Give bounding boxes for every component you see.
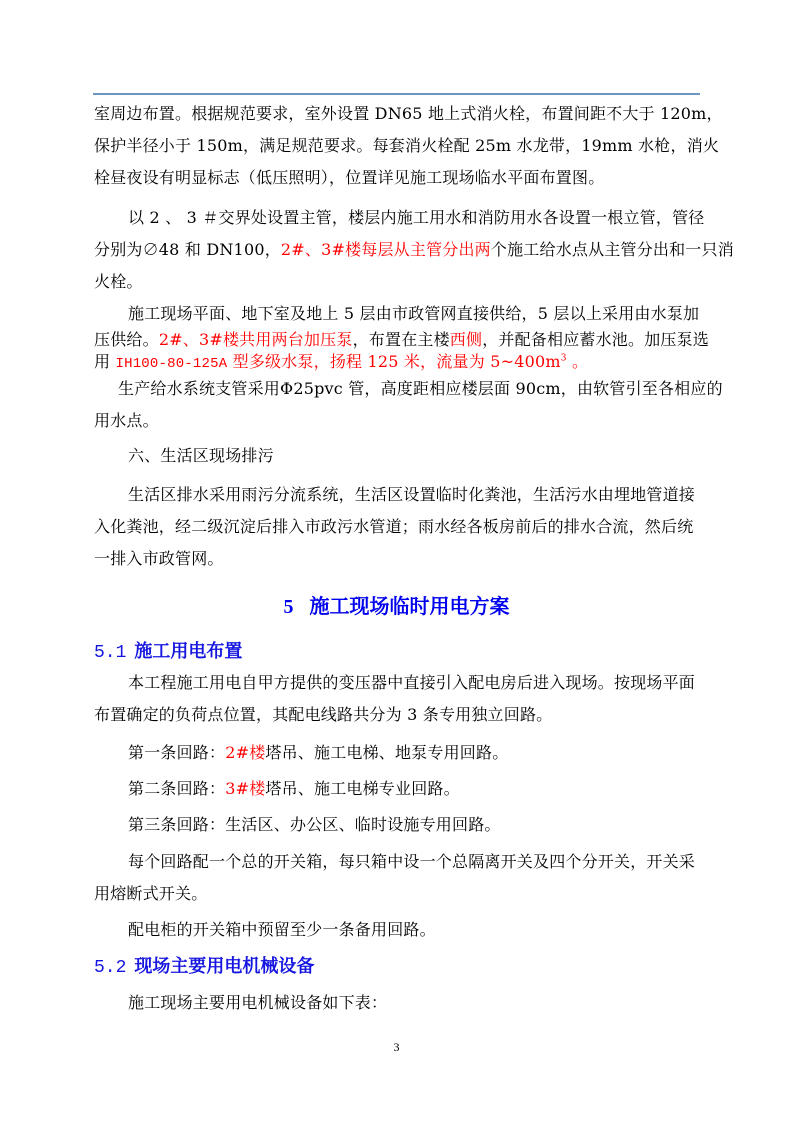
section-title: 施工用电布置 [134,641,242,662]
highlighted-text: 2#、3#楼共用两台加压泵 [159,330,353,349]
text-run: 塔吊、施工电梯、地泵专用回路。 [265,743,508,762]
paragraph-line: 压供给。2#、3#楼共用两台加压泵，布置在主楼西侧，并配备相应蓄水池。加压泵选 [94,330,709,350]
paragraph-line: 本工程施工用电自甲方提供的变压器中直接引入配电房后进入现场。按现场平面 [128,673,695,693]
text-run: ，布置在主楼 [353,330,450,349]
section-number: 5.1 [94,643,126,663]
chapter-number: 5 [284,596,294,618]
paragraph-line: 用水点。 [94,411,159,431]
highlighted-text: 。 [567,352,589,371]
section-heading-5-1: 5.1施工用电布置 [94,637,242,663]
paragraph-line: 用熔断式开关。 [94,884,207,904]
paragraph-line: 火栓。 [94,272,143,292]
paragraph-line: 一排入市政管网。 [94,549,224,569]
paragraph-line: 栓昼夜设有明显标志（低压照明），位置详见施工现场临水平面布置图。 [94,168,604,188]
circuit-item: 第三条回路：生活区、办公区、临时设施专用回路。 [128,815,501,835]
section-heading-5-2: 5.2现场主要用电机械设备 [94,952,314,978]
text-run: 压供给。 [94,330,159,349]
text-run: 用 [94,352,116,371]
text-run: 第一条回路： [128,743,225,762]
section-number: 5.2 [94,958,126,978]
highlighted-text: 2#、3#楼每层从主管分出两 [281,240,491,259]
paragraph-line: 配电柜的开关箱中预留至少一条备用回路。 [128,920,436,940]
paragraph-line: 保护半径小于 150m，满足规范要求。每套消火栓配 25m 水龙带，19mm 水… [94,136,719,156]
highlighted-text: 2#楼 [225,743,265,762]
paragraph-line: 布置确定的负荷点位置，其配电线路共分为 3 条专用独立回路。 [94,705,552,725]
subheading: 六、生活区现场排污 [128,446,274,466]
pump-model: IH100-80-125A [116,356,228,372]
section-title: 现场主要用电机械设备 [134,956,314,977]
paragraph-line: 生产给水系统支管采用Φ25pvc 管，高度距相应楼层面 90cm，由软管引至各相… [118,379,723,399]
text-run: 塔吊、施工电梯专业回路。 [265,779,459,798]
paragraph-line: 施工现场主要用电机械设备如下表： [128,993,387,1013]
highlighted-text: 型多级水泵，扬程 125 米，流量为 5~400m [227,352,560,371]
paragraph-line: 每个回路配一个总的开关箱，每只箱中设一个总隔离开关及四个分开关，开关采 [128,852,695,872]
chapter-heading: 5施工现场临时用电方案 [0,590,793,619]
paragraph-line: 以 2 、 3 ＃交界处设置主管，楼层内施工用水和消防用水各设置一根立管，管径 [128,208,705,228]
text-run: 个施工给水点从主管分出和一只消 [491,240,734,259]
paragraph-line: 施工现场平面、地下室及地上 5 层由市政管网直接供给，5 层以上采用由水泵加 [128,304,699,324]
page-number: 3 [0,1040,793,1055]
text-run: 第二条回路： [128,779,225,798]
highlighted-text: 西侧 [450,330,482,349]
paragraph-line: 生活区排水采用雨污分流系统，生活区设置临时化粪池，生活污水由埋地管道接 [128,485,695,505]
paragraph-line: 用 IH100-80-125A 型多级水泵，扬程 125 米，流量为 5~400… [94,352,588,374]
text-run: ，并配备相应蓄水池。加压泵选 [482,330,709,349]
circuit-item: 第二条回路：3#楼塔吊、施工电梯专业回路。 [128,779,460,799]
paragraph-line: 分别为∅48 和 DN100，2#、3#楼每层从主管分出两个施工给水点从主管分出… [94,240,734,260]
text-run: 分别为∅48 和 DN100， [94,240,281,259]
highlighted-text: 3#楼 [225,779,265,798]
paragraph-line: 入化粪池，经二级沉淀后排入市政污水管道；雨水经各板房前后的排水合流，然后统 [94,517,693,537]
header-rule [93,93,700,95]
paragraph-line: 室周边布置。根据规范要求，室外设置 DN65 地上式消火栓，布置间距不大于 12… [94,104,723,124]
circuit-item: 第一条回路：2#楼塔吊、施工电梯、地泵专用回路。 [128,743,508,763]
chapter-title: 施工现场临时用电方案 [310,594,510,618]
